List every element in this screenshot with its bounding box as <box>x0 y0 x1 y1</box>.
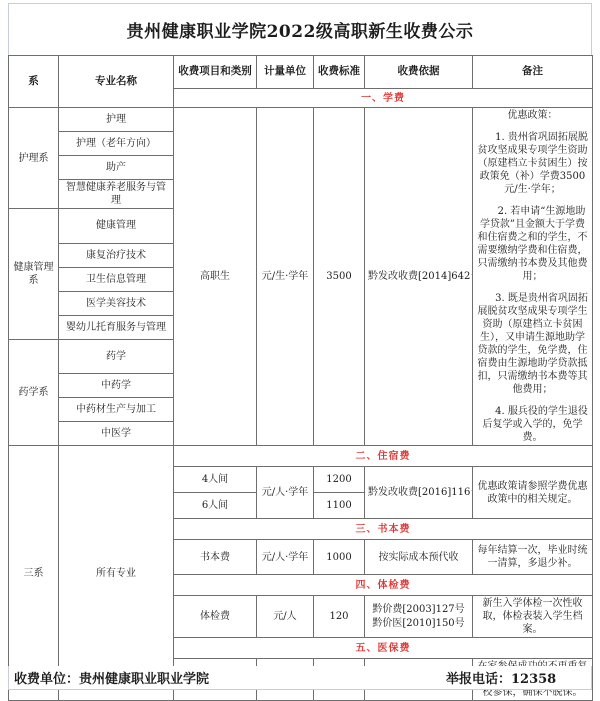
books-item-cell: 书本费 <box>174 540 257 575</box>
major-cell: 健康管理 <box>59 209 174 244</box>
physical-basis-line2: 黔价医[2010]150号 <box>368 617 469 631</box>
dept-cell-health-mgmt: 健康管理系 <box>9 209 59 340</box>
acc-standard-cell: 1200 <box>314 467 365 493</box>
tuition-basis-cell: 黔发改收费[2014]642号 <box>365 108 473 446</box>
major-cell: 药学 <box>59 339 174 374</box>
col-header-major: 专业名称 <box>59 56 174 108</box>
section-label-tuition: 一、学费 <box>174 89 593 108</box>
major-cell: 中医学 <box>59 422 174 446</box>
acc-item-cell: 6人间 <box>174 493 257 519</box>
remark-item-4: 4. 服兵役的学生退役后复学或入学的，免学费。 <box>476 405 589 444</box>
physical-standard-cell: 120 <box>314 596 365 638</box>
section-label-insurance: 五、医保费 <box>174 638 593 659</box>
dept-cell-nursing: 护理系 <box>9 108 59 209</box>
major-cell: 护理 <box>59 108 174 132</box>
remark-heading: 优惠政策： <box>476 109 589 122</box>
major-cell: 康复治疗技术 <box>59 243 174 267</box>
major-cell: 卫生信息管理 <box>59 267 174 291</box>
dept-cell-all: 三系 <box>9 446 59 701</box>
major-cell: 中药材生产与加工 <box>59 398 174 422</box>
section-label-accommodation: 二、住宿费 <box>174 446 593 467</box>
physical-remark-cell: 新生入学体检一次性收取，体检表装入学生档案。 <box>473 596 593 638</box>
tuition-standard-cell: 3500 <box>314 108 365 446</box>
acc-remark-cell: 优惠政策请参照学费优惠政策中的相关规定。 <box>473 467 593 519</box>
page-title: 贵州健康职业学院2022级高职新生收费公示 <box>8 3 592 55</box>
physical-item-cell: 体检费 <box>174 596 257 638</box>
physical-basis-line1: 黔价费[2003]127号 <box>368 603 469 617</box>
col-header-unit: 计量单位 <box>257 56 314 89</box>
col-header-item: 收费项目和类别 <box>174 56 257 89</box>
major-cell: 助产 <box>59 156 174 180</box>
dept-cell-pharmacy: 药学系 <box>9 339 59 446</box>
acc-item-cell: 4人间 <box>174 467 257 493</box>
major-cell: 护理（老年方向） <box>59 132 174 156</box>
books-standard-cell: 1000 <box>314 540 365 575</box>
remark-item-3: 3. 既是贵州省巩固拓展脱贫攻坚成果专项学生资助（原建档立卡贫困生），又申请生源… <box>476 292 589 396</box>
books-remark-cell: 每年结算一次，毕业时统一清算，多退少补。 <box>473 540 593 575</box>
fee-table: 系 专业名称 收费项目和类别 计量单位 收费标准 收费依据 备注 一、学费 护理… <box>8 55 593 701</box>
physical-basis-cell: 黔价费[2003]127号 黔价医[2010]150号 <box>365 596 473 638</box>
col-header-basis: 收费依据 <box>365 56 473 89</box>
tuition-remark-cell: 优惠政策： 1. 贵州省巩固拓展脱贫攻坚成果专项学生资助（原建档立卡贫困生）按政… <box>473 108 593 446</box>
physical-unit-cell: 元/人 <box>257 596 314 638</box>
tuition-item-cell: 高职生 <box>174 108 257 446</box>
books-basis-cell: 按实际成本预代收 <box>365 540 473 575</box>
major-cell: 中药学 <box>59 374 174 398</box>
acc-standard-cell: 1100 <box>314 493 365 519</box>
major-cell: 智慧健康养老服务与管理 <box>59 180 174 209</box>
table-row: 护理系 护理 高职生 元/生·学年 3500 黔发改收费[2014]642号 优… <box>9 108 593 132</box>
col-header-standard: 收费标准 <box>314 56 365 89</box>
tuition-unit-cell: 元/生·学年 <box>257 108 314 446</box>
footer-charging-unit: 收费单位：贵州健康职业职业学院 <box>14 668 209 687</box>
major-cell-all: 所有专业 <box>59 446 174 701</box>
document-page: 贵州健康职业学院2022级高职新生收费公示 系 专业名称 收费项目和类别 计量单… <box>0 0 600 695</box>
major-cell: 婴幼儿托育服务与管理 <box>59 315 174 339</box>
remark-item-1: 1. 贵州省巩固拓展脱贫攻坚成果专项学生资助（原建档立卡贫困生）按政策免（补）学… <box>476 131 589 196</box>
section-label-books: 三、书本费 <box>174 519 593 540</box>
table-header-row: 系 专业名称 收费项目和类别 计量单位 收费标准 收费依据 备注 <box>9 56 593 89</box>
acc-basis-cell: 黔发改收费[2016]116号 <box>365 467 473 519</box>
col-header-remark: 备注 <box>473 56 593 89</box>
books-unit-cell: 元/人·学年 <box>257 540 314 575</box>
remark-item-2: 2. 若申请“生源地助学贷款”且金额大于学费和住宿费之和的学生，不需要缴纳学费和… <box>476 205 589 283</box>
section-row-accommodation: 三系 所有专业 二、住宿费 <box>9 446 593 467</box>
section-label-physical: 四、体检费 <box>174 575 593 596</box>
footer-row: 收费单位：贵州健康职业职业学院 举报电话：12358 <box>8 666 592 690</box>
major-cell: 医学美容技术 <box>59 291 174 315</box>
col-header-department: 系 <box>9 56 59 108</box>
acc-unit-cell: 元/人·学年 <box>257 467 314 519</box>
footer-hotline: 举报电话：12358 <box>446 668 556 687</box>
